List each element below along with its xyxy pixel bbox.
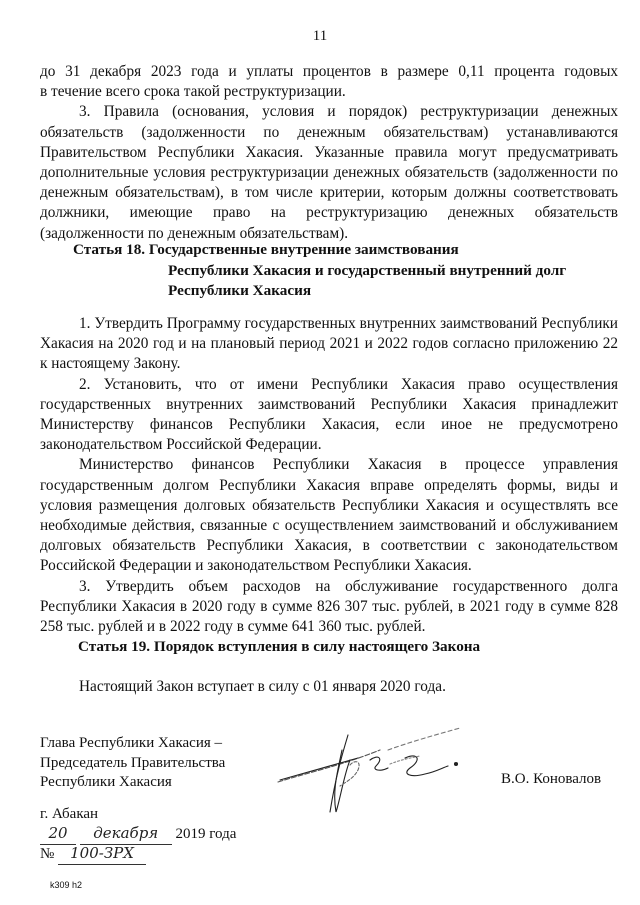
signatory-title-line-1: Глава Республики Хакасия – bbox=[40, 734, 225, 754]
article-18-title-line-2: Республики Хакасия и государственный вну… bbox=[73, 261, 566, 282]
article-18-heading: Статья 18. Государственные внутренние за… bbox=[73, 240, 566, 302]
continuation-line-1: до 31 декабря 2023 года и уплаты процент… bbox=[40, 62, 618, 82]
continuation-text: до 31 декабря 2023 года и уплаты процент… bbox=[40, 62, 618, 244]
signatory-title-line-3: Республики Хакасия bbox=[40, 773, 225, 793]
signing-date: 20 декабря 2019 года bbox=[40, 824, 236, 845]
page-number: 11 bbox=[0, 28, 640, 45]
article-18-paragraph-3: Министерство финансов Республики Хакасия… bbox=[40, 455, 618, 576]
continuation-line-2: в течение всего срока такой реструктуриз… bbox=[40, 82, 618, 102]
city: г. Абакан bbox=[40, 805, 98, 825]
law-number: № 100-ЗРХ bbox=[40, 844, 146, 865]
date-month-handwritten: декабря bbox=[80, 824, 172, 845]
article-18-title-line-3: Республики Хакасия bbox=[73, 281, 566, 302]
article-18-paragraph-1: 1. Утвердить Программу государственных в… bbox=[40, 314, 618, 375]
footer-code: k309 h2 bbox=[50, 880, 82, 890]
date-day-handwritten: 20 bbox=[40, 824, 76, 845]
article-18-title-line-1: Государственные внутренние заимствования bbox=[149, 241, 459, 258]
date-year: 2019 года bbox=[176, 826, 237, 842]
article-19-text: Настоящий Закон вступает в силу с 01 янв… bbox=[79, 678, 446, 696]
law-number-handwritten: 100-ЗРХ bbox=[58, 844, 146, 865]
article-18-number: Статья 18. bbox=[73, 241, 145, 258]
article-17-clause-3: 3. Правила (основания, условия и порядок… bbox=[40, 102, 618, 243]
article-18-paragraph-2: 2. Установить, что от имени Республики Х… bbox=[40, 375, 618, 456]
signatory-title-line-2: Председатель Правительства bbox=[40, 754, 225, 774]
signatory-title: Глава Республики Хакасия – Председатель … bbox=[40, 734, 225, 793]
signer-name: В.О. Коновалов bbox=[501, 770, 601, 790]
article-18-paragraph-4: 3. Утвердить объем расходов на обслужива… bbox=[40, 577, 618, 638]
article-18-body: 1. Утвердить Программу государственных в… bbox=[40, 314, 618, 637]
handwritten-signature-icon bbox=[270, 720, 470, 815]
number-sign: № bbox=[40, 846, 54, 862]
article-19-heading: Статья 19. Порядок вступления в силу нас… bbox=[78, 638, 480, 656]
